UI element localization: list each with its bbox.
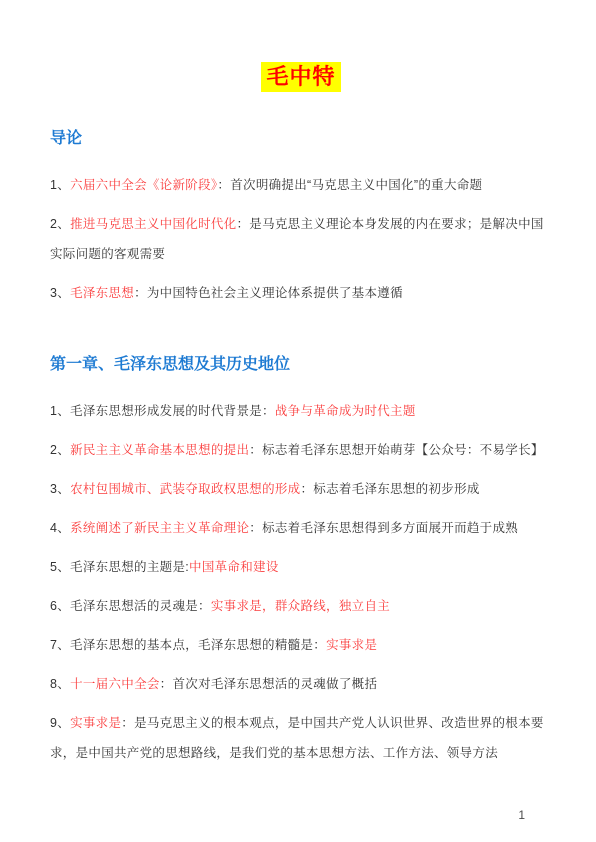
document-page: 毛中特 导论1、六届六中全会《论新阶段》：首次明确提出“马克思主义中国化”的重大… (0, 0, 596, 842)
emphasized-term: 战争与革命成为时代主题 (275, 404, 416, 418)
text-segment: 9、 (50, 716, 70, 730)
note-item: 2、新民主主义革命基本思想的提出：标志着毛泽东思想开始萌芽【公众号：不易学长】 (50, 435, 552, 465)
note-item: 8、十一届六中全会：首次对毛泽东思想活的灵魂做了概括 (50, 669, 552, 699)
note-item: 3、毛泽东思想：为中国特色社会主义理论体系提供了基本遵循 (50, 278, 552, 308)
sections-container: 导论1、六届六中全会《论新阶段》：首次明确提出“马克思主义中国化”的重大命题2、… (50, 128, 552, 768)
text-segment: 2、 (50, 443, 70, 457)
emphasized-term: 农村包围城市、武装夺取政权思想的形成 (70, 482, 300, 496)
emphasized-term: 毛泽东思想 (70, 286, 134, 300)
doc-title: 毛中特 (261, 62, 340, 92)
emphasized-term: 实事求是，群众路线，独立自主 (211, 599, 390, 613)
note-item: 6、毛泽东思想活的灵魂是：实事求是，群众路线，独立自主 (50, 591, 552, 621)
note-item: 1、毛泽东思想形成发展的时代背景是：战争与革命成为时代主题 (50, 396, 552, 426)
text-segment: 5、毛泽东思想的主题是: (50, 560, 189, 574)
text-segment: ：首次明确提出“马克思主义中国化”的重大命题 (217, 178, 482, 192)
text-segment: ：是马克思主义的根本观点，是中国共产党人认识世界、改造世界的根本要求，是中国共产… (50, 716, 544, 760)
text-segment: ：标志着毛泽东思想开始萌芽【公众号：不易学长】 (249, 443, 543, 457)
text-segment: 1、 (50, 178, 70, 192)
emphasized-term: 新民主主义革命基本思想的提出 (70, 443, 249, 457)
note-item: 7、毛泽东思想的基本点，毛泽东思想的精髓是：实事求是 (50, 630, 552, 660)
emphasized-term: 实事求是 (70, 716, 121, 730)
text-segment: 8、 (50, 677, 70, 691)
text-segment: 2、 (50, 217, 70, 231)
text-segment: 4、 (50, 521, 70, 535)
section: 第一章、毛泽东思想及其历史地位1、毛泽东思想形成发展的时代背景是：战争与革命成为… (50, 354, 552, 768)
text-segment: ：标志着毛泽东思想得到多方面展开而趋于成熟 (249, 521, 518, 535)
emphasized-term: 十一届六中全会 (70, 677, 160, 691)
emphasized-term: 实事求是 (326, 638, 377, 652)
emphasized-term: 中国革命和建设 (189, 560, 279, 574)
section-heading: 导论 (50, 128, 552, 150)
emphasized-term: 推进马克思主义中国化时代化 (70, 217, 236, 231)
note-item: 1、六届六中全会《论新阶段》：首次明确提出“马克思主义中国化”的重大命题 (50, 170, 552, 200)
page-number: 1 (518, 808, 525, 822)
note-item: 9、实事求是：是马克思主义的根本观点，是中国共产党人认识世界、改造世界的根本要求… (50, 708, 552, 768)
emphasized-term: 六届六中全会《论新阶段》 (70, 178, 217, 192)
text-segment: 1、毛泽东思想形成发展的时代背景是： (50, 404, 275, 418)
text-segment: 3、 (50, 482, 70, 496)
text-segment: ：首次对毛泽东思想活的灵魂做了概括 (160, 677, 378, 691)
text-segment: 3、 (50, 286, 70, 300)
section-heading: 第一章、毛泽东思想及其历史地位 (50, 354, 552, 376)
emphasized-term: 系统阐述了新民主主义革命理论 (70, 521, 249, 535)
text-segment: 7、毛泽东思想的基本点，毛泽东思想的精髓是： (50, 638, 326, 652)
text-segment: ：为中国特色社会主义理论体系提供了基本遵循 (134, 286, 403, 300)
note-item: 3、农村包围城市、武装夺取政权思想的形成：标志着毛泽东思想的初步形成 (50, 474, 552, 504)
note-item: 4、系统阐述了新民主主义革命理论：标志着毛泽东思想得到多方面展开而趋于成熟 (50, 513, 552, 543)
text-segment: 6、毛泽东思想活的灵魂是： (50, 599, 211, 613)
note-item: 2、推进马克思主义中国化时代化：是马克思主义理论本身发展的内在要求；是解决中国实… (50, 209, 552, 269)
note-item: 5、毛泽东思想的主题是:中国革命和建设 (50, 552, 552, 582)
section: 导论1、六届六中全会《论新阶段》：首次明确提出“马克思主义中国化”的重大命题2、… (50, 128, 552, 308)
title-wrap: 毛中特 (50, 62, 552, 92)
text-segment: ：标志着毛泽东思想的初步形成 (300, 482, 479, 496)
